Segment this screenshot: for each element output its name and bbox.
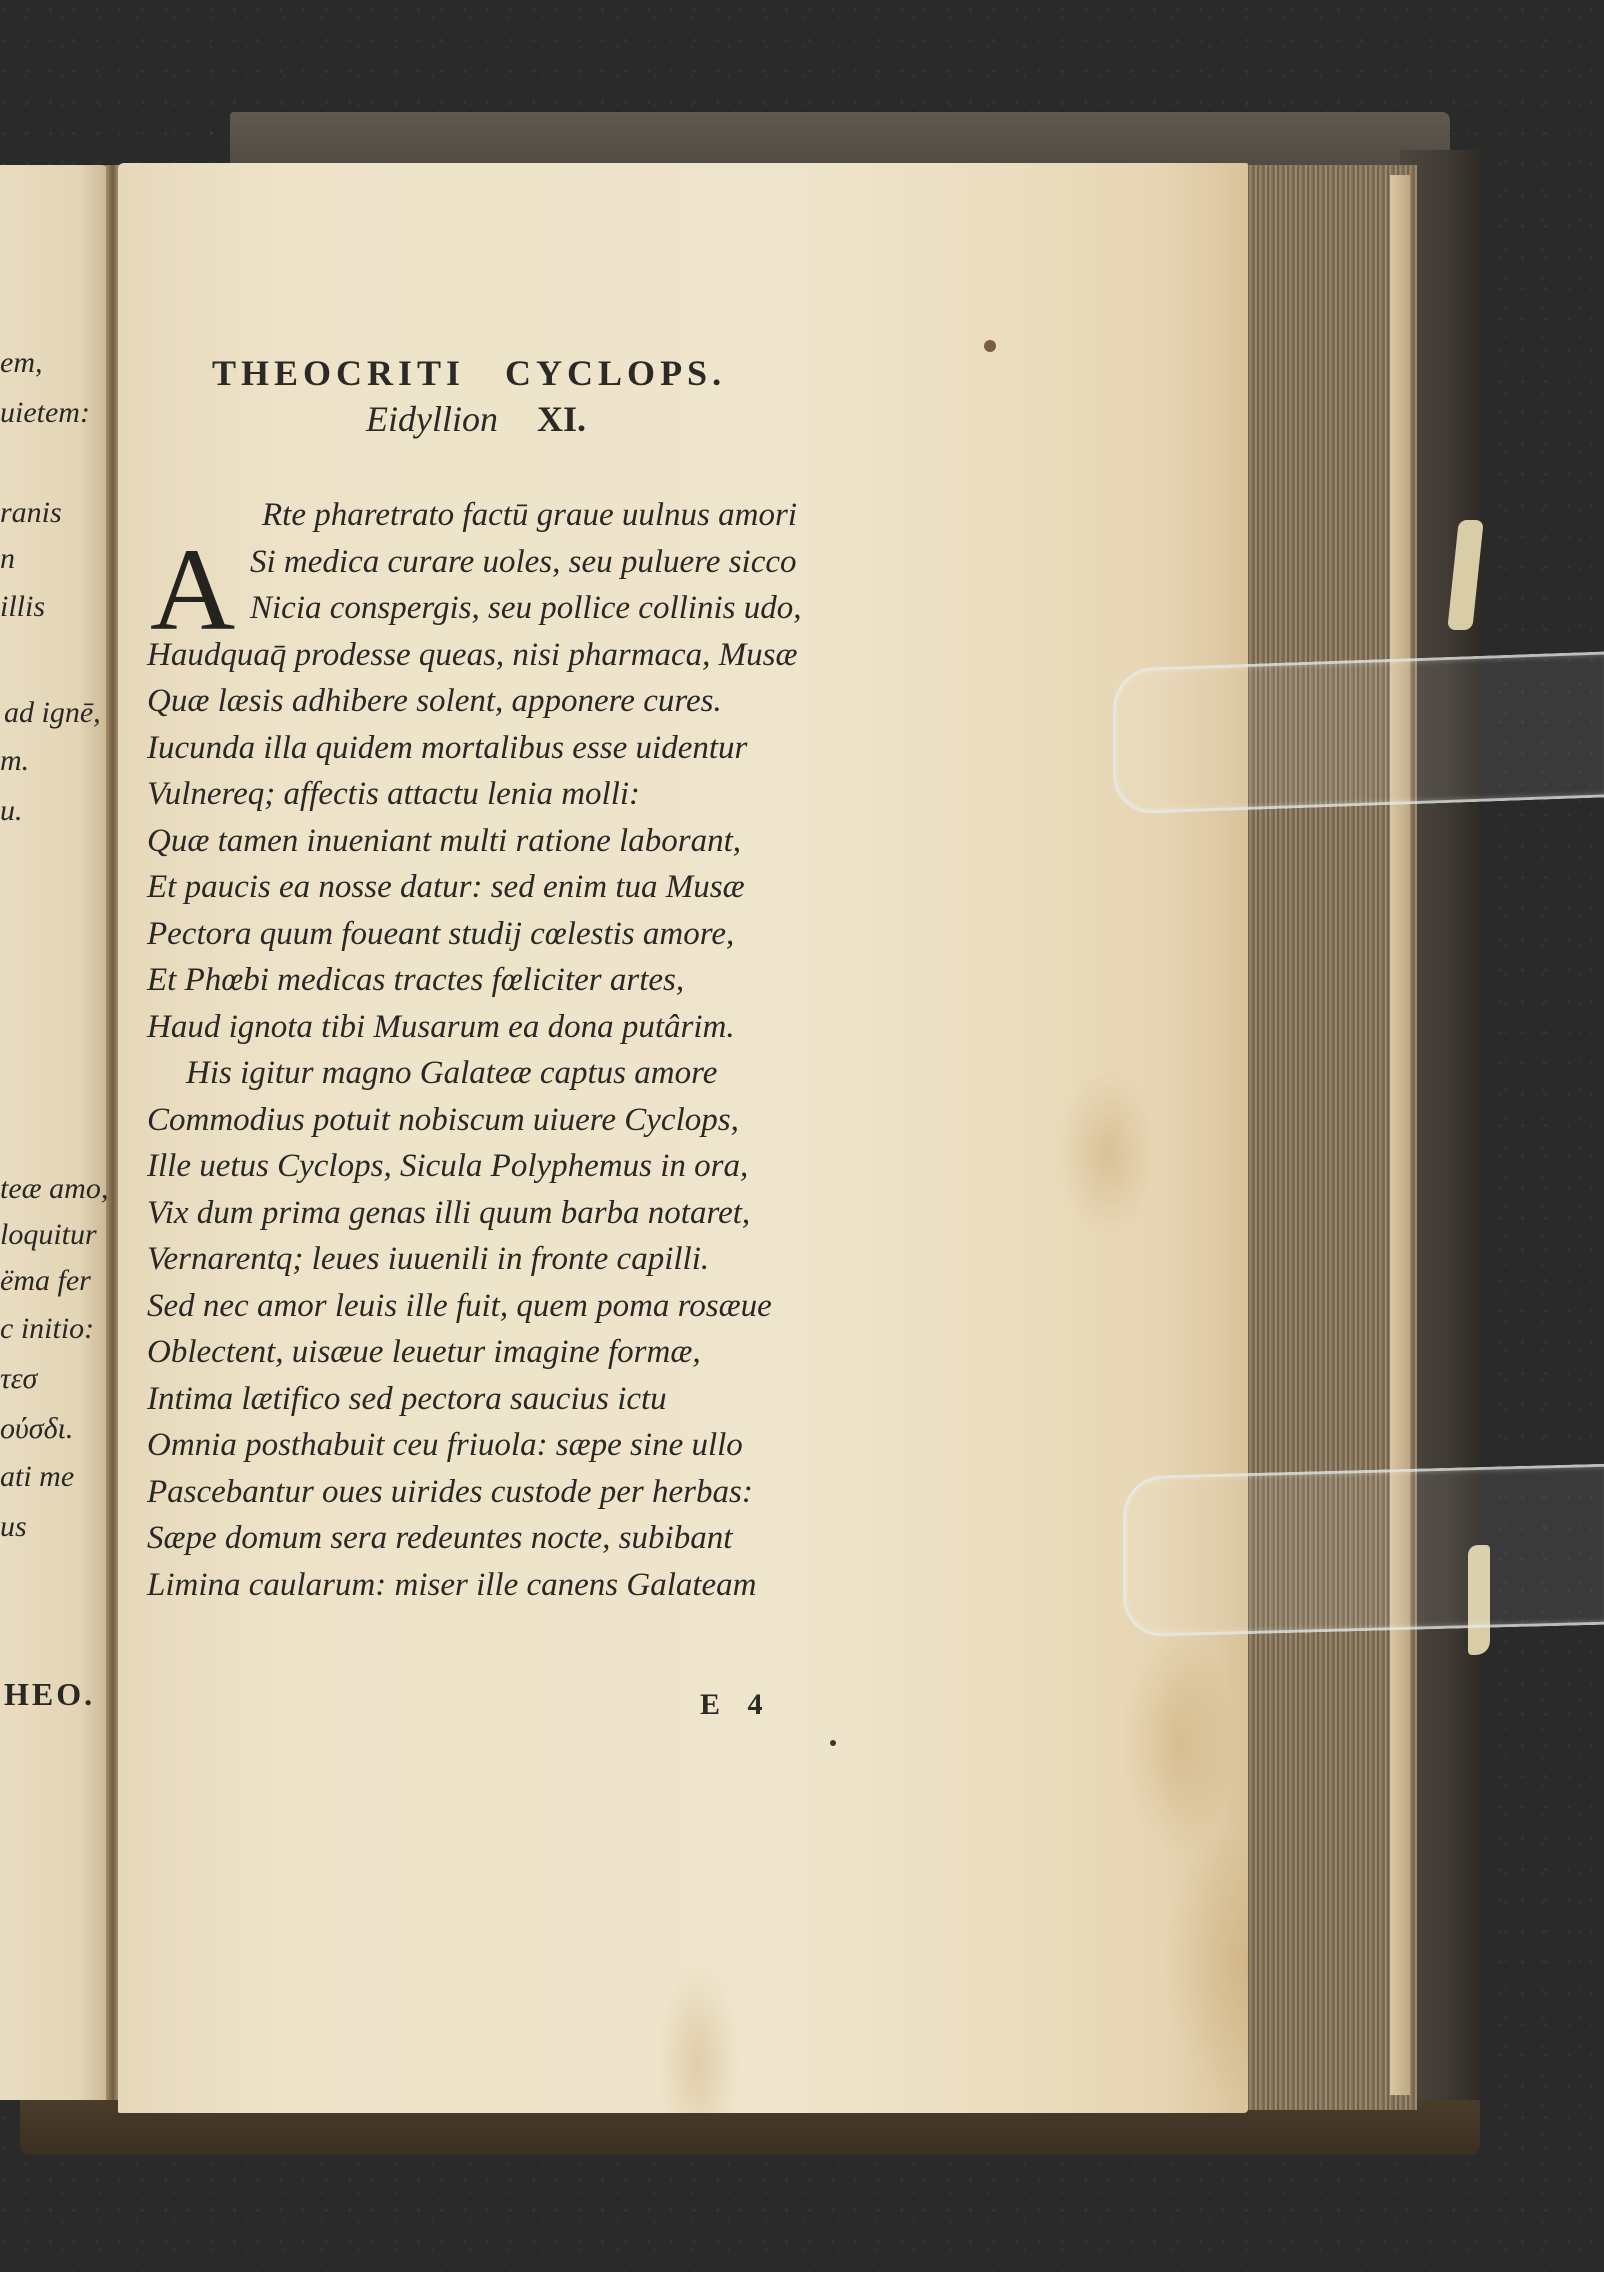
left-page-fragment: ati me	[0, 1460, 74, 1494]
left-page-fragment: us	[0, 1510, 27, 1544]
ink-speck	[830, 1740, 836, 1746]
verse-line: His igitur magno Galateæ captus amore	[186, 1050, 717, 1097]
page-block-inner-edge	[1390, 175, 1410, 2095]
subtitle-number: XI.	[537, 399, 586, 439]
verse-line: Sæpe domum sera redeuntes nocte, subiban…	[147, 1515, 732, 1562]
left-page-fragment: n	[0, 542, 15, 576]
left-page-fragment: ranis	[0, 496, 62, 530]
verse-line: Rte pharetrato factū graue uulnus amori	[262, 492, 797, 539]
verse-line: Haudquaq̄ prodesse queas, nisi pharmaca,…	[147, 632, 798, 679]
verse-line: Iucunda illa quidem mortalibus esse uide…	[147, 725, 747, 772]
left-page-fragment: illis	[0, 590, 45, 624]
verse-line: Quæ læsis adhibere solent, apponere cure…	[147, 678, 722, 725]
verse-line: Quæ tamen inueniant multi ratione labora…	[147, 818, 741, 865]
verse-line: Si medica curare uoles, seu puluere sicc…	[250, 539, 797, 586]
verse-line: Oblectent, uisæue leuetur imagine formæ,	[147, 1329, 701, 1376]
left-page-fragment: u.	[0, 794, 23, 828]
verse-line: Limina caularum: miser ille canens Galat…	[147, 1562, 757, 1609]
verse-line: Pectora quum foueant studij cœlestis amo…	[147, 911, 734, 958]
idyll-subtitle: Eidyllion XI.	[366, 398, 586, 440]
verse-line: Et paucis ea nosse datur: sed enim tua M…	[147, 864, 745, 911]
left-page-fragment: m.	[0, 744, 29, 778]
verse-line: Ille uetus Cyclops, Sicula Polyphemus in…	[147, 1143, 748, 1190]
verse-line: Omnia posthabuit ceu friuola: sæpe sine …	[147, 1422, 743, 1469]
verse-line: Haud ignota tibi Musarum ea dona putârim…	[147, 1004, 735, 1051]
verse-line: Et Phœbi medicas tractes fœliciter artes…	[147, 957, 684, 1004]
subtitle-word: Eidyllion	[366, 399, 498, 439]
verse-line: Vulnereq; affectis attactu lenia molli:	[147, 771, 640, 818]
verse-line: Nicia conspergis, seu pollice collinis u…	[250, 585, 801, 632]
running-title: THEOCRITI CYCLOPS.	[212, 352, 792, 394]
left-page-fragment: ëma fer	[0, 1264, 91, 1298]
verse-line: Sed nec amor leuis ille fuit, quem poma …	[147, 1283, 772, 1330]
left-page-fragment: ούσδι.	[0, 1412, 73, 1446]
left-page-fragment: teæ amo,	[0, 1172, 108, 1206]
foxing-spot	[984, 340, 996, 352]
verse-line: Commodius potuit nobiscum uiuere Cyclops…	[147, 1097, 739, 1144]
verse-line: Pascebantur oues uirides custode per her…	[147, 1469, 753, 1516]
left-page-catchword: HEO.	[4, 1676, 95, 1713]
verse-line: Vernarentq; leues iuuenili in fronte cap…	[147, 1236, 709, 1283]
left-page-fragment: c initio:	[0, 1312, 94, 1346]
left-page-fragment: uietem:	[0, 396, 90, 430]
page-clip-top	[1113, 651, 1604, 814]
left-page	[0, 165, 112, 2100]
signature-mark: E 4	[700, 1688, 763, 1722]
left-page-fragment: loquitur	[0, 1218, 97, 1252]
verse-line: Vix dum prima genas illi quum barba nota…	[147, 1190, 750, 1237]
verse-line: Intima lætifico sed pectora saucius ictu	[147, 1376, 667, 1423]
left-page-fragment: ad ignē,	[4, 696, 101, 730]
left-page-fragment: τεσ	[0, 1362, 37, 1396]
left-page-fragment: em,	[0, 346, 42, 380]
drop-cap-initial: A	[150, 540, 235, 640]
page-clip-bottom	[1123, 1464, 1604, 1638]
